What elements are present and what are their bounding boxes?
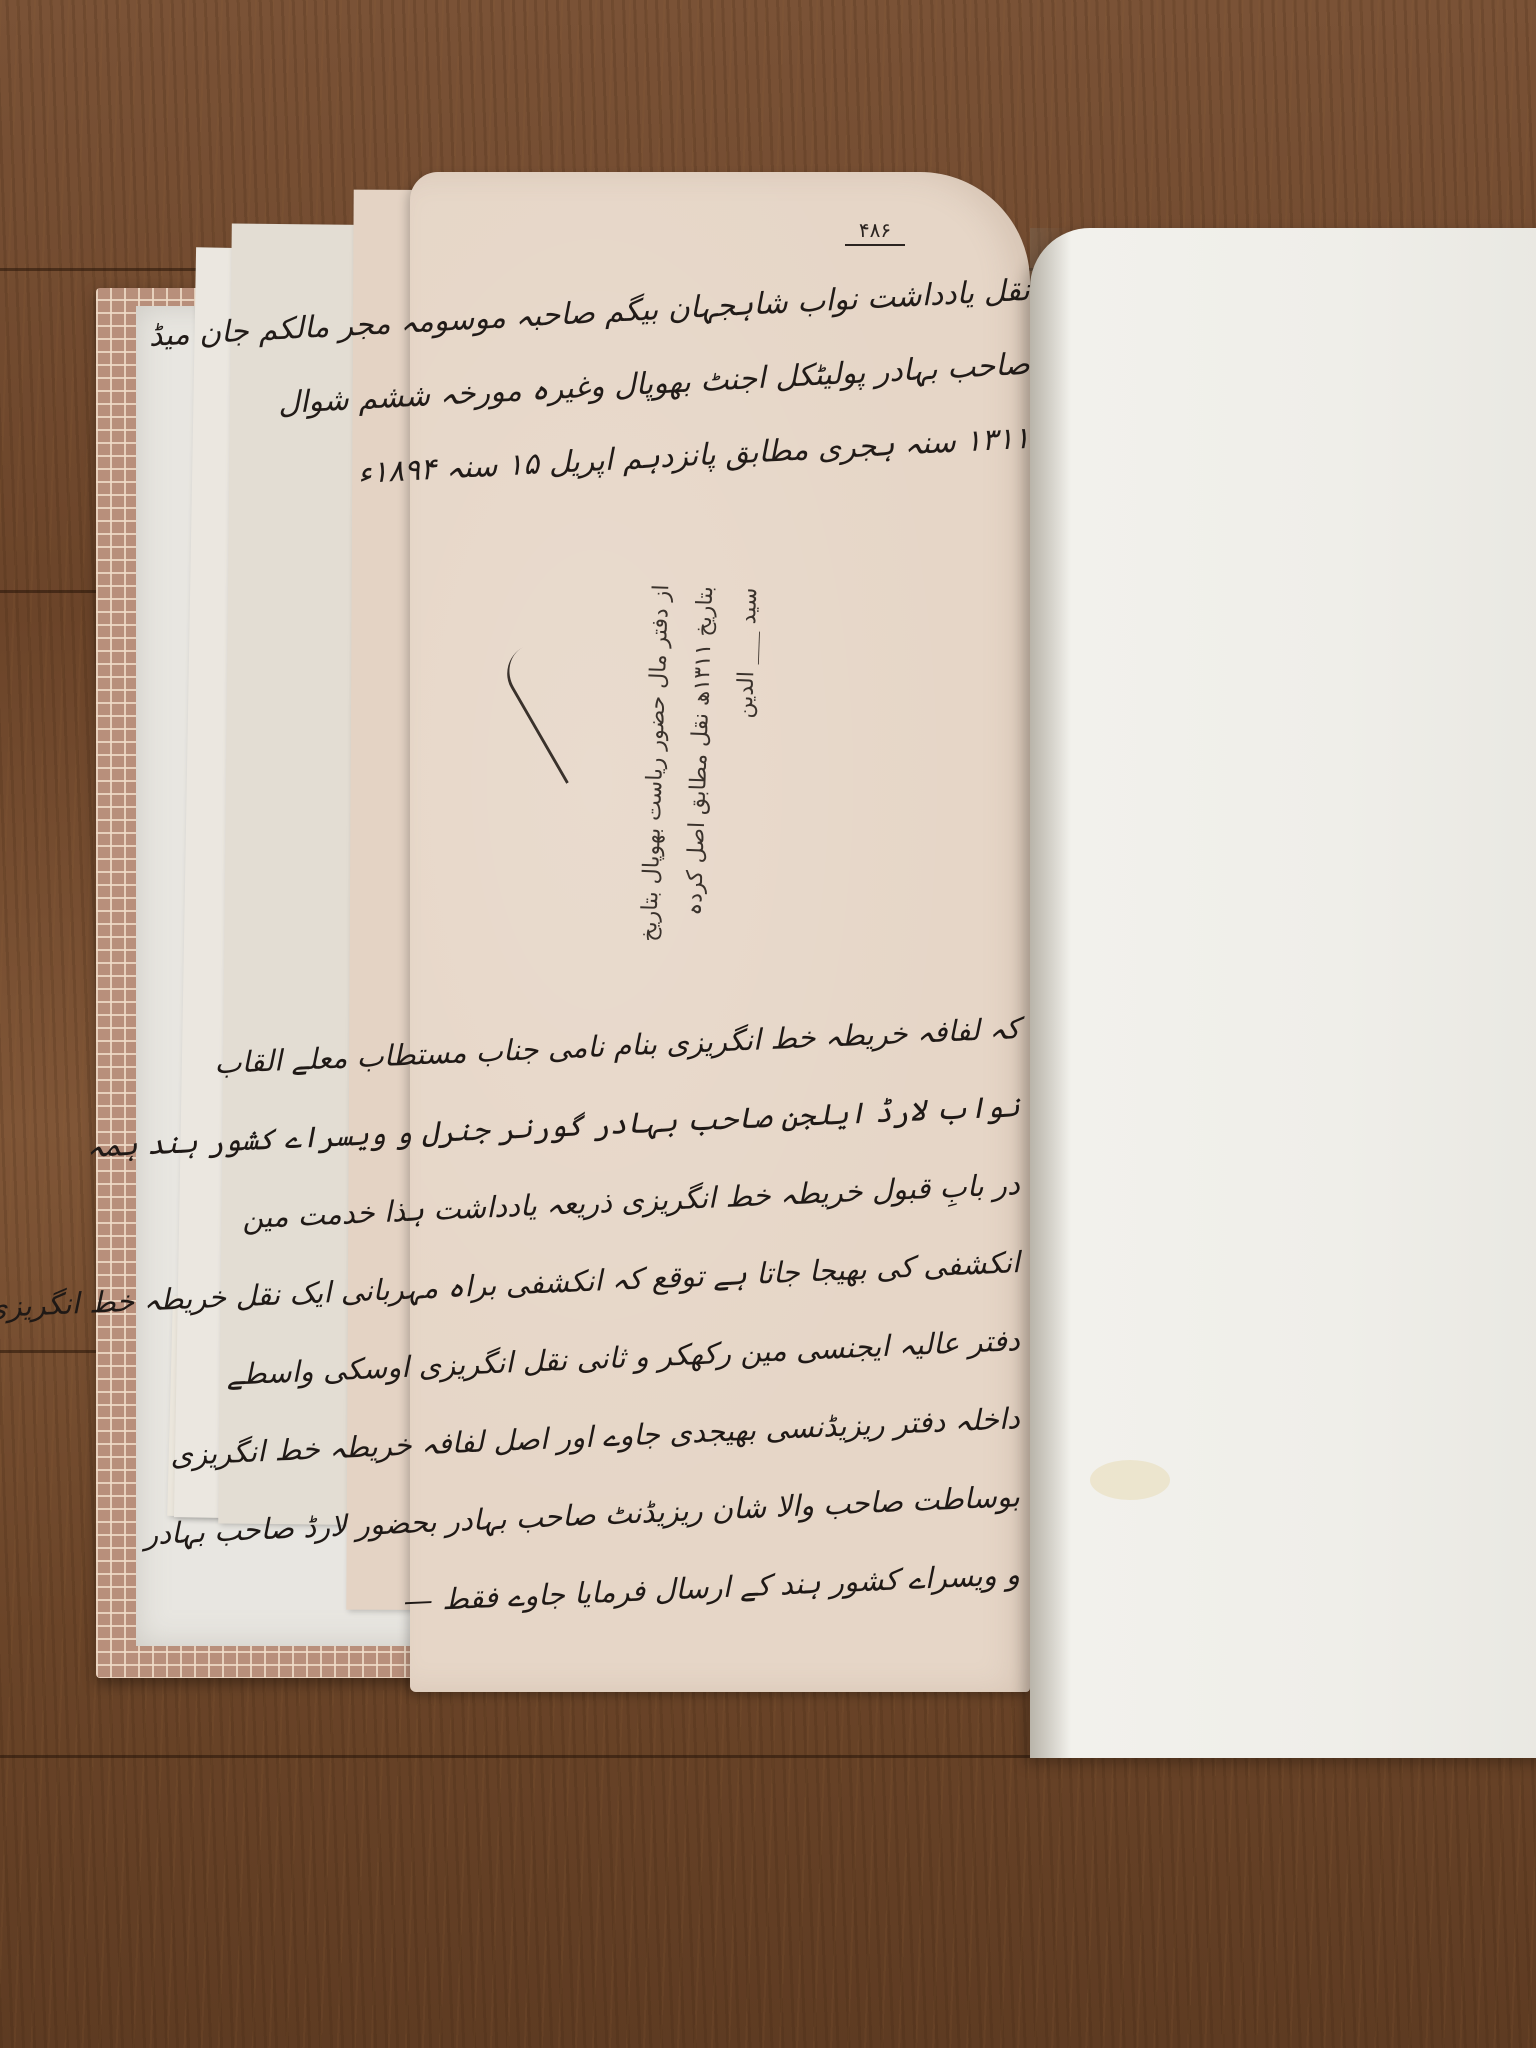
document-body: کہ لفافہ خریطہ خط انگریزی بنام نامی جناب… [520,1000,1020,1624]
document-heading: نقل یادداشت نواب شاہجہان بیگم صاحبہ موسو… [600,265,1030,487]
side-attestation-note: از دفتر مال حضور ریاست بھوپال بتاریخ بتا… [628,584,772,948]
page-number: ۴۸۶ [845,218,905,246]
paper-stain [1090,1460,1170,1500]
blank-right-page[interactable] [1030,228,1536,1758]
